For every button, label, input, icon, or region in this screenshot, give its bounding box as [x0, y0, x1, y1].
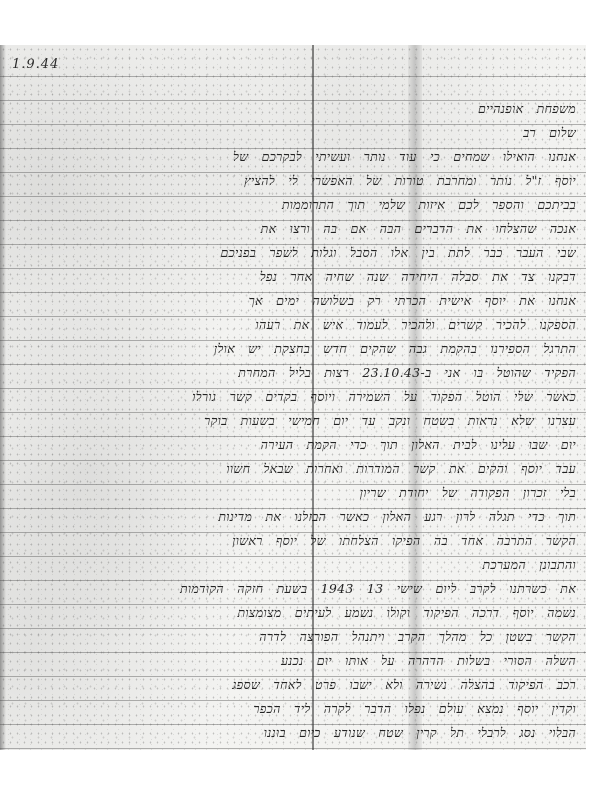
- letter-line: בלי זכרון הפקודה של יחודת שריון: [156, 481, 576, 505]
- letter-line: הקשר בשטן כל מהלך הקרב ויתנהל הפורצה לדר…: [6, 625, 576, 649]
- letter-line: דבקנו צד את סבלה היחידה שנה שחיה אחר נפל: [6, 265, 576, 289]
- letter-line: אנחנו את יוסף אישית הכרתי רק בשלושה ימים…: [6, 289, 576, 313]
- letter-line: השלה הסורי בשלות הדהרה על אותו יום נכנע: [6, 649, 576, 673]
- letter-line: הפקיד שהוטל בו אני ב-23.10.43 רצות בליל …: [6, 361, 576, 385]
- letter-line: רכב הפיקוד בהצלה נשירה ולא ישבו פרט לאחד…: [6, 673, 576, 697]
- letter-line: עצרנו שלא נראות בשטח ונקב עד יום חמישי ב…: [6, 409, 576, 433]
- letter-body: משפחת אופנהיים שלום רב אנחנו הואילו שמחי…: [6, 97, 576, 745]
- letter-line: הקשר התרבה אחד בה הפיקו הצלחתו של יוסף ר…: [6, 529, 576, 553]
- letter-line: יוסף ז"ל נותר ומחרבת טורות של האפשרי לי …: [6, 169, 576, 193]
- letter-line: וקדין יוסף נמצא עולם נפלו הדבר לקרה ליד …: [6, 697, 576, 721]
- letter-line: תוך כדי תגלה לרון רגע האלון כאשר הבזלנו …: [6, 505, 576, 529]
- letter-line: יום שבו עלינו לבית האלון תוך כדי הקמת הע…: [6, 433, 576, 457]
- letter-line: אנחנו הואילו שמחים כי עוד נותר ועשיתי לב…: [6, 145, 576, 169]
- salutation-addressee: משפחת אופנהיים: [376, 97, 576, 121]
- letter-line: אנכה שהצלחו את הדברים הבה אם בה ורצו את: [6, 217, 576, 241]
- letter-page: 1.9.44 משפחת אופנהיים שלום רב אנחנו הואי…: [0, 45, 586, 750]
- letter-line: התרגל הספירנו בהקמת גבה שהקים חדש בחצקת …: [6, 337, 576, 361]
- letter-line: הבלוי נסג לרבלי תל קרין שטח שנודע כיום ב…: [6, 721, 576, 745]
- letter-line: בביתכם והספר לכם איזות שלמי תוך התרוממות: [6, 193, 576, 217]
- letter-line: כאשר שלי הוטל הפקוד על השמירה ויוסף בקדי…: [6, 385, 576, 409]
- letter-line: את כשרתנו לקרב ליום שישי 13 1943 בשעת חז…: [6, 577, 576, 601]
- salutation-greeting: שלום רב: [376, 121, 576, 145]
- letter-line: נשמה יוסף דרכה הפיקוד וקולו נשמע לעיתים …: [6, 601, 576, 625]
- letter-line: שבי העבר כבר לתת בין אלו הסבל וגלות לשפר…: [6, 241, 576, 265]
- letter-line: הספקנו להכיר קשרים ולהכיר לעמוד איש את ר…: [6, 313, 576, 337]
- body-lines: אנחנו הואילו שמחים כי עוד נותר ועשיתי לב…: [6, 145, 576, 745]
- letter-date: 1.9.44: [12, 57, 59, 72]
- letter-line: והתבונן המערכת: [156, 553, 576, 577]
- letter-line: עבד יוסף והקים את קשר המודרות ואחרות שבא…: [6, 457, 576, 481]
